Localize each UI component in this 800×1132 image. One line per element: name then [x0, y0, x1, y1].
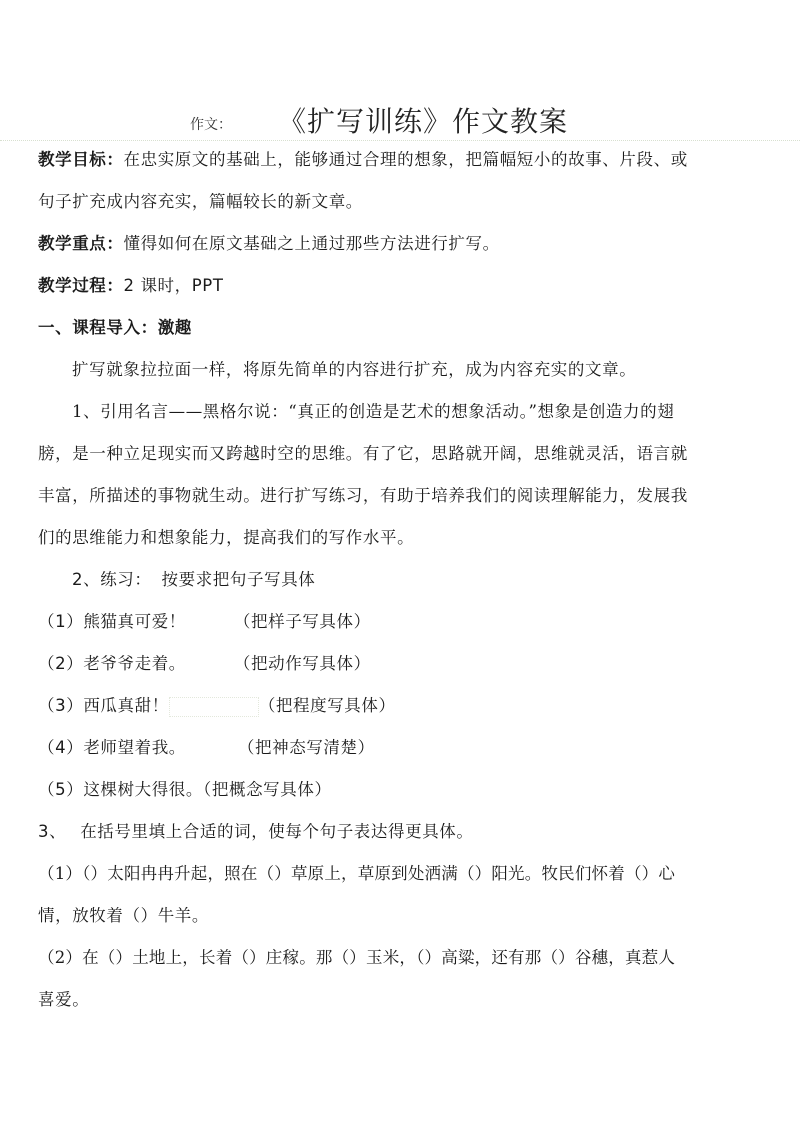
exercise-item-1: （1）熊猫真可爱！（把样子写具体）	[38, 610, 371, 634]
process-label: 教学过程：	[38, 276, 124, 295]
exercise-sentence: 熊猫真可爱！	[83, 612, 186, 631]
exercise-hint: （把动作写具体）	[234, 654, 371, 673]
objective-text-2: 句子扩充成内容充实，篇幅较长的新文章。	[38, 192, 363, 211]
exercise-sentence: 这棵树大得很。	[83, 780, 203, 799]
quote-line-2: 膀，是一种立足现实而又跨越时空的思维。有了它，思路就开阔，思维就灵活，语言就	[38, 442, 688, 466]
exercise-hint: （把样子写具体）	[234, 612, 371, 631]
objective-line-1: 教学目标：在忠实原文的基础上，能够通过合理的想象，把篇幅短小的故事、片段、或	[38, 148, 688, 172]
exercise-item-3: （3）西瓜真甜！（把程度写具体）	[38, 694, 396, 718]
exercise-num: （3）	[38, 696, 83, 715]
title-label: 作文：	[190, 114, 232, 134]
focus-line: 教学重点：懂得如何在原文基础之上通过那些方法进行扩写。	[38, 232, 500, 256]
quote-line-3: 丰富，所描述的事物就生动。进行扩写练习，有助于培养我们的阅读理解能力，发展我	[38, 484, 688, 508]
fill-item-1-line-2: 情，放牧着（）牛羊。	[38, 904, 209, 928]
section-1-heading: 一、课程导入：激趣	[38, 316, 192, 340]
fill-heading-line: 3、在括号里填上合适的词，使每个句子表达得更具体。	[38, 820, 474, 844]
quote-line-4: 们的思维能力和想象能力，提高我们的写作水平。	[38, 526, 414, 550]
practice-instruction: 按要求把句子写具体	[162, 570, 316, 589]
exercise-sentence: 西瓜真甜！	[83, 696, 169, 715]
exercise-sentence: 老爷爷走着。	[83, 654, 186, 673]
exercise-num: （2）	[38, 654, 83, 673]
objective-label: 教学目标：	[38, 150, 124, 169]
fill-item-2-line-1: （2）在（）土地上，长着（）庄稼。那（）玉米，（）高粱，还有那（）谷穗，真惹人	[38, 946, 675, 970]
exercise-hint: （把概念写具体）	[203, 780, 332, 799]
fill-heading: 在括号里填上合适的词，使每个句子表达得更具体。	[80, 822, 473, 841]
objective-text-1: 在忠实原文的基础上，能够通过合理的想象，把篇幅短小的故事、片段、或	[124, 150, 688, 169]
objective-line-2: 句子扩充成内容充实，篇幅较长的新文章。	[38, 190, 363, 214]
exercise-item-4: （4）老师望着我。（把神态写清楚）	[38, 736, 375, 760]
fill-item-1-line-1: （1）（）太阳冉冉升起，照在（）草原上，草原到处洒满（）阳光。牧民们怀着（）心	[38, 862, 675, 886]
title-row: 作文： 《扩写训练》作文教案	[0, 100, 800, 141]
exercise-sentence: 老师望着我。	[83, 738, 186, 757]
exercise-item-2: （2）老爷爷走着。（把动作写具体）	[38, 652, 371, 676]
exercise-item-5: （5）这棵树大得很。（把概念写具体）	[38, 778, 332, 802]
focus-text: 懂得如何在原文基础之上通过那些方法进行扩写。	[124, 234, 500, 253]
exercise-hint: （把神态写清楚）	[238, 738, 375, 757]
practice-heading: 2、练习：	[72, 570, 152, 589]
exercise-hint: （把程度写具体）	[259, 696, 396, 715]
section-1-intro: 扩写就象拉拉面一样，将原先简单的内容进行扩充，成为内容充实的文章。	[72, 358, 636, 382]
fill-item-2-line-2: 喜爱。	[38, 988, 89, 1012]
fill-heading-num: 3、	[38, 822, 66, 841]
exercise-num: （5）	[38, 780, 83, 799]
process-text: 2 课时，PPT	[124, 276, 224, 295]
document-page: 作文： 《扩写训练》作文教案 教学目标：在忠实原文的基础上，能够通过合理的想象，…	[0, 0, 800, 1132]
page-title: 《扩写训练》作文教案	[278, 100, 568, 140]
process-line: 教学过程：2 课时，PPT	[38, 274, 224, 298]
exercise-num: （4）	[38, 738, 83, 757]
exercise-num: （1）	[38, 612, 83, 631]
practice-heading-line: 2、练习：按要求把句子写具体	[72, 568, 315, 592]
quote-line-1: 1、引用名言——黑格尔说：“真正的创造是艺术的想象活动。”想象是创造力的翅	[72, 400, 674, 424]
focus-label: 教学重点：	[38, 234, 124, 253]
